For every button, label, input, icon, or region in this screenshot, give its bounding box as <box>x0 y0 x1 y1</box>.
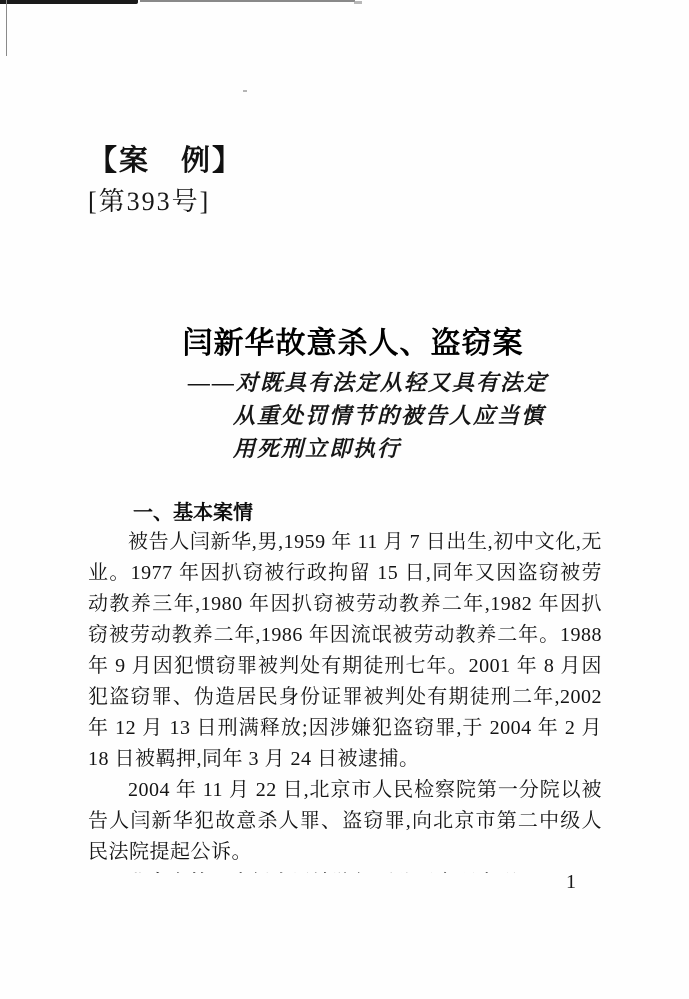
case-body-text: 被告人闫新华,男,1959 年 11 月 7 日出生,初中文化,无业。1977 … <box>88 527 602 873</box>
case-number-label: [第393号] <box>88 187 243 217</box>
page-number: 1 <box>556 871 586 894</box>
subtitle-line: ——对既具有法定从轻又具有法定 <box>188 366 608 399</box>
section-heading-basic-facts: 一、基本案情 <box>133 500 253 524</box>
scan-speck-artifact <box>243 90 247 92</box>
case-title: 闫新华故意杀人、盗窃案 <box>80 326 626 362</box>
scan-smudge-artifact <box>0 0 138 4</box>
body-paragraph: 北京市第一中级人民法院经不公开审理查明: <box>88 868 602 873</box>
case-subtitle: ——对既具有法定从轻又具有法定 从重处罚情节的被告人应当慎 用死刑立即执行 <box>188 366 608 465</box>
document-page: 【案 例】 [第393号] 闫新华故意杀人、盗窃案 ——对既具有法定从轻又具有法… <box>0 0 689 999</box>
scan-streak-artifact <box>140 0 355 2</box>
scan-speck-artifact <box>354 1 362 4</box>
case-bracket-label: 【案 例】 <box>88 143 243 177</box>
body-paragraph: 被告人闫新华,男,1959 年 11 月 7 日出生,初中文化,无业。1977 … <box>88 527 602 775</box>
subtitle-line: 从重处罚情节的被告人应当慎 <box>188 399 608 432</box>
case-header: 【案 例】 [第393号] <box>88 143 243 217</box>
subtitle-line: 用死刑立即执行 <box>188 432 608 465</box>
scan-edge-line-artifact <box>6 0 7 56</box>
body-paragraph: 2004 年 11 月 22 日,北京市人民检察院第一分院以被告人闫新华犯故意杀… <box>88 775 602 868</box>
